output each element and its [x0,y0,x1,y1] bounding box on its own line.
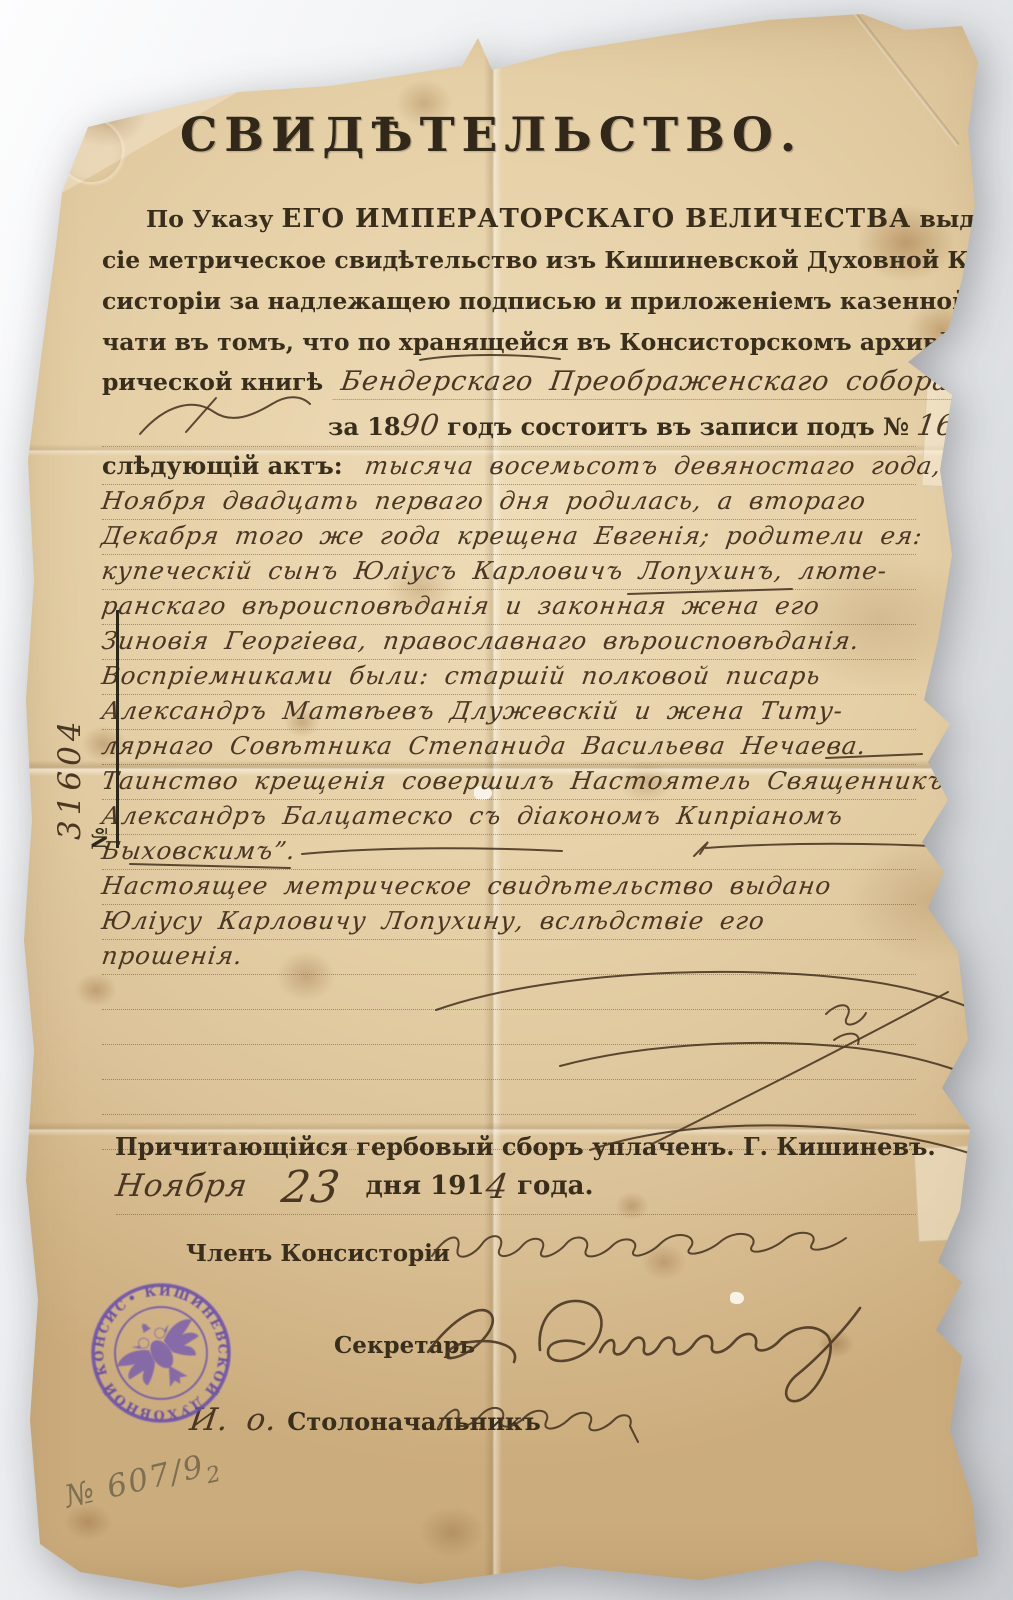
manuscript-row: Таинство крещенія совершилъ Настоятель С… [102,765,916,800]
manuscript-text: тысяча восемьсотъ девяностаго года, [362,450,943,481]
manuscript-text: ранскаго вѣроисповѣданія и законная жена… [100,590,822,621]
blank-ruled-line [102,1045,916,1080]
year-digit-handwritten: 4 [484,1167,512,1207]
manuscript-row: слѣдующій актъ:тысяча восемьсотъ девянос… [102,450,916,485]
stamp-duty-line: Причитающійся гербовый сборъ уплаченъ. Г… [115,1132,936,1161]
intro-line-2: сіе метрическое свидѣтельство изъ Кишине… [102,246,916,274]
manuscript-text: Декабря того же года крещена Евгенія; ро… [100,520,925,551]
manuscript-text: Александръ Матвѣевъ Длужевскій и жена Ти… [100,695,845,726]
manuscript-text: Воспріемниками были: старшій полковой пи… [100,660,823,691]
member-signature [432,1233,846,1257]
manuscript-text: лярнаго Совѣтника Степанида Васильева Не… [100,730,869,761]
secretary-label: Секретарь [334,1332,475,1359]
manuscript-row: ранскаго вѣроисповѣданія и законная жена… [102,590,916,625]
consistory-member-label: Членъ Консисторіи [186,1240,450,1267]
manuscript-row: Настоящее метрическое свидѣтельство выда… [102,870,916,905]
pencil-archive-note: № 607/92 [61,1445,225,1522]
record-number-handwritten: 163. [914,408,987,442]
manuscript-text: прошенія. [100,940,245,971]
manuscript-row: Александръ Балцатеско съ діакономъ Кипрі… [102,800,916,835]
manuscript-text: Ноября двадцать перваго дня родилась, а … [100,485,868,516]
manuscript-row: прошенія. [102,940,916,975]
paper-shadow-wrap: СВИДѢТЕЛЬСТВО. По Указу ЕГО ИМПЕРАТОРСКА… [0,0,1013,1600]
church-name-handwritten: Бендерскаго Преображенскаго собора [333,366,978,400]
manuscript-text: Быховскимъ”. [100,835,298,866]
blank-ruled-line [102,1010,916,1045]
pencil-note-sub: 2 [204,1461,225,1489]
margin-number-symbol: № [87,827,112,850]
date-line: Ноября23дня 1914года. [116,1162,916,1215]
day-handwritten: 23 [278,1162,343,1213]
record-text: годъ состоитъ въ записи подъ № [447,412,909,441]
year-prefix: за 18 [328,412,401,441]
intro-line-1: По Указу ЕГО ИМПЕРАТОРСКАГО ВЕЛИЧЕСТВА в… [102,204,916,234]
blank-ruled-line [102,1080,916,1115]
manuscript-row: лярнаго Совѣтника Степанида Васильева Не… [102,730,916,765]
manuscript-row: Ноября двадцать перваго дня родилась, а … [102,485,916,520]
metric-book-label: рической книгѣ [102,368,323,396]
secretary-signature-capital [540,1301,602,1361]
manuscript-text: Юліусу Карловичу Лопухину, вслѣдствіе ег… [100,905,767,936]
blank-ruled-line [102,975,916,1010]
document-title: СВИДѢТЕЛЬСТВО. [0,108,983,163]
manuscript-row: Александръ Матвѣевъ Длужевскій и жена Ти… [102,695,916,730]
manuscript-row: Воспріемниками были: старшій полковой пи… [102,660,916,695]
manuscript-row: Декабря того же года крещена Евгенія; ро… [102,520,916,555]
manuscript-row: Зиновія Георгіева, православнаго вѣроисп… [102,625,916,660]
manuscript-text: Зиновія Георгіева, православнаго вѣроисп… [100,625,862,656]
pencil-note-main: № 607/9 [61,1448,208,1515]
manuscript-row: Быховскимъ”. [102,835,916,870]
month-handwritten: Ноября [113,1168,250,1204]
margin-number-handwritten: 31604 [52,600,88,840]
manuscript-block: слѣдующій актъ:тысяча восемьсотъ девянос… [102,450,916,1150]
manuscript-row: купеческій сынъ Юліусъ Карловичъ Лопухин… [102,555,916,590]
manuscript-text: купеческій сынъ Юліусъ Карловичъ Лопухин… [100,555,890,586]
tear-hole-lower [730,1292,744,1304]
intro-line-3: систоріи за надлежащею подписью и прилож… [102,287,916,315]
metric-book-row: рической книгѣБендерскаго Преображенскаг… [102,366,916,400]
manuscript-row: Юліусу Карловичу Лопухину, вслѣдствіе ег… [102,905,916,940]
manuscript-text: Александръ Балцатеско съ діакономъ Кипрі… [100,800,846,831]
act-label: слѣдующій актъ: [102,451,343,480]
clerk-label: Столоначальникъ [287,1407,540,1436]
document-paper: СВИДѢТЕЛЬСТВО. По Указу ЕГО ИМПЕРАТОРСКА… [0,0,1013,1600]
manuscript-text: Настоящее метрическое свидѣтельство выда… [100,870,834,901]
secretary-signature-body [600,1308,860,1401]
date-printed-end: года. [517,1171,594,1201]
date-printed-mid: дня 191 [366,1171,485,1201]
intro-line-4: чати въ томъ, что по хранящейся въ Конси… [102,328,916,356]
margin-rule [116,610,119,848]
photo-backdrop: СВИДѢТЕЛЬСТВО. По Указу ЕГО ИМПЕРАТОРСКА… [0,0,1013,1600]
year-handwritten: 90 [398,408,442,442]
imperial-majesty-caps: ЕГО ИМПЕРАТОРСКАГО ВЕЛИЧЕСТВА [282,204,912,234]
manuscript-text: Таинство крещенія совершилъ Настоятель С… [100,765,947,796]
clerk-row: И. о.Столоначальникъ [190,1402,541,1438]
year-record-row: за 1890 годъ состоитъ въ записи подъ № 1… [102,408,916,447]
intro-line-1-start: По Указу [102,205,273,233]
intro-line-1-end: выдано [919,205,1013,233]
